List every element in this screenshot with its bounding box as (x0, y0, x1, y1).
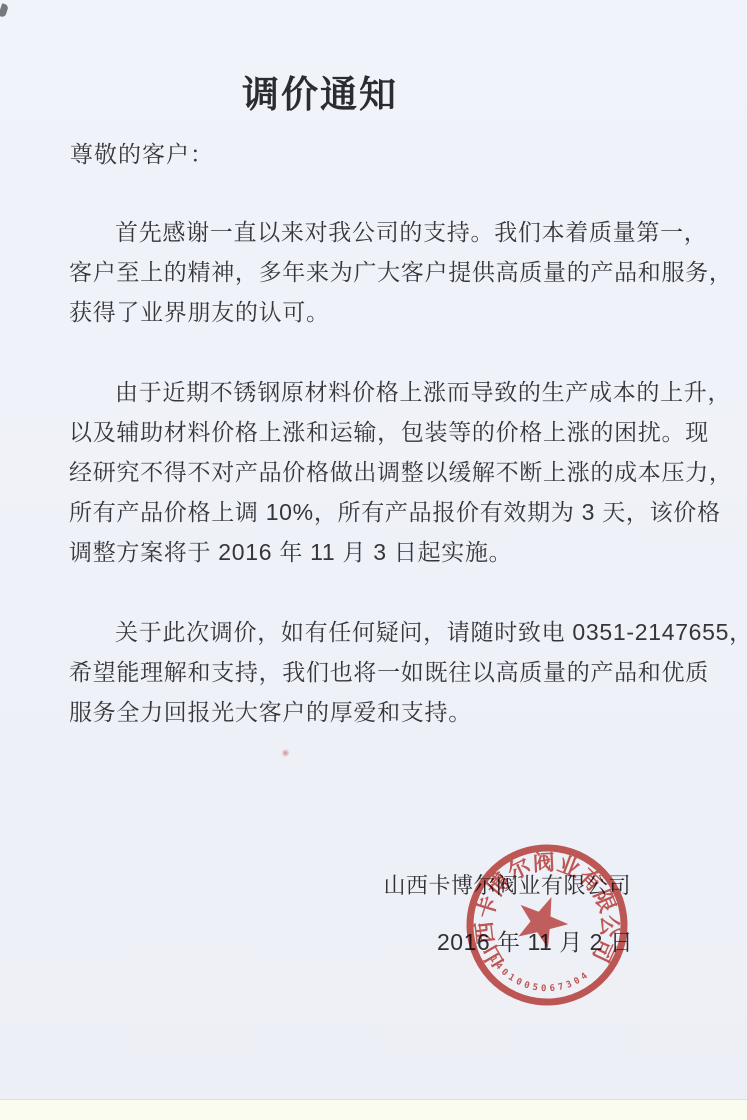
text-line: 获得了业界朋友的认可。 (69, 292, 729, 332)
text-line: 服务全力回报光大客户的厚爱和支持。 (69, 692, 729, 732)
paragraph: 首先感谢一直以来对我公司的支持。我们本着质量第一，客户至上的精神，多年来为广大客… (69, 212, 729, 332)
scanner-edge-strip (0, 1099, 747, 1120)
text-line: 调整方案将于 2016 年 11 月 3 日起实施。 (69, 532, 729, 572)
stamp-star-icon (509, 888, 575, 953)
scan-artifact-red-speck (280, 747, 292, 758)
text-line: 希望能理解和支持，我们也将一如既往以高质量的产品和优质 (69, 652, 729, 692)
company-stamp-seal: 山西卡博尔阀业有限公司 1401005067304 (437, 815, 657, 1035)
text-line: 首先感谢一直以来对我公司的支持。我们本着质量第一， (69, 212, 729, 252)
letter-body: 首先感谢一直以来对我公司的支持。我们本着质量第一，客户至上的精神，多年来为广大客… (69, 212, 729, 732)
text-line: 客户至上的精神，多年来为广大客户提供高质量的产品和服务， (69, 252, 729, 292)
paragraph: 由于近期不锈钢原材料价格上涨而导致的生产成本的上升，以及辅助材料价格上涨和运输，… (69, 372, 729, 572)
page-title: 调价通知 (0, 64, 640, 118)
scan-artifact-corner (0, 3, 9, 18)
text-line: 所有产品价格上调 10%，所有产品报价有效期为 3 天，该价格 (69, 492, 729, 532)
text-line: 由于近期不锈钢原材料价格上涨而导致的生产成本的上升， (69, 372, 729, 412)
paragraph: 关于此次调价，如有任何疑问，请随时致电 0351-2147655，希望能理解和支… (69, 612, 729, 732)
scanned-letter-page: 调价通知 尊敬的客户： 首先感谢一直以来对我公司的支持。我们本着质量第一，客户至… (0, 0, 747, 1120)
text-line: 以及辅助材料价格上涨和运输，包装等的价格上涨的困扰。现 (69, 412, 729, 452)
salutation: 尊敬的客户： (70, 134, 214, 174)
text-line: 关于此次调价，如有任何疑问，请随时致电 0351-2147655， (69, 612, 729, 652)
text-line: 经研究不得不对产品价格做出调整以缓解不断上涨的成本压力， (69, 452, 729, 492)
